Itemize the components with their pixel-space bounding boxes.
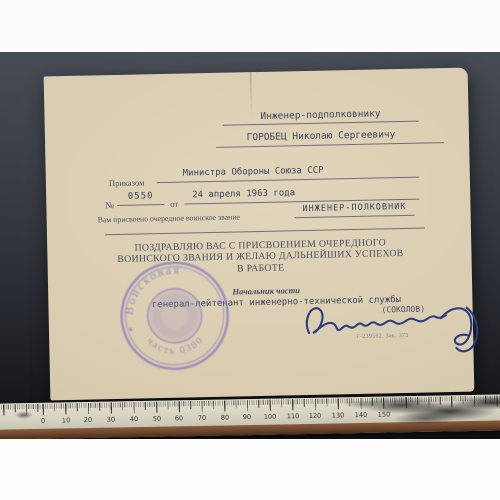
order-number: 0550: [128, 191, 154, 202]
order-label: Приказом: [109, 177, 145, 188]
ruler-number: 30: [107, 416, 115, 424]
ruler-number: 100: [264, 413, 277, 421]
photo-white-border-top: [0, 0, 500, 52]
ruler-number: 20: [84, 416, 92, 424]
ruler-number: 140: [355, 411, 368, 419]
ruler-number: 60: [175, 414, 183, 422]
ruler-maker-mark: [12, 410, 36, 420]
order-number-line: 0550: [117, 191, 164, 206]
ruler-number: 80: [221, 413, 229, 421]
ruler-number: 90: [243, 413, 251, 421]
photo-white-border-bottom: [0, 439, 500, 500]
new-rank-value: ИНЖЕНЕР-ПОЛКОВНИК: [302, 202, 406, 214]
ruler-number: 50: [153, 415, 161, 423]
ruler-number: 110: [287, 412, 300, 420]
addressee-rank: Инженер-подполковнику: [260, 108, 380, 122]
order-date: 24 апреля 1963 года: [192, 188, 295, 200]
addressee-name: ГОРОБЕЦ Николаю Сергеевичу: [247, 129, 396, 143]
signature-ink: [298, 287, 484, 361]
signature-stroke-main: [306, 305, 446, 333]
order-issuer-line: Министра Обороны Союза ССР: [157, 164, 419, 183]
ruler-number: 150: [378, 410, 391, 418]
addressee-rank-line: Инженер-подполковнику: [222, 108, 418, 126]
addressee-name-line: ГОРОБЕЦ Николаю Сергеевичу: [216, 128, 444, 148]
stamp-dot-left: [129, 327, 133, 331]
ruler-number: 130: [332, 411, 345, 419]
ruler-number: 40: [130, 415, 138, 423]
stamp-dot-right: [217, 300, 221, 304]
ruler-number: 10: [62, 416, 70, 424]
order-issuer: Министра Обороны Союза ССР: [183, 166, 324, 179]
certificate-paper: Инженер-подполковнику ГОРОБЕЦ Николаю Се…: [44, 68, 475, 401]
ruler-number: 120: [309, 412, 322, 420]
signature-stroke-flourish: [441, 308, 472, 345]
number-label: №: [105, 200, 114, 210]
ruler-number: 0: [41, 417, 45, 425]
photo-frame: Инженер-подполковнику ГОРОБЕЦ Николаю Се…: [0, 0, 500, 500]
new-rank-line: ИНЖЕНЕР-ПОЛКОВНИК: [294, 202, 414, 219]
ruler-number: 70: [198, 414, 206, 422]
from-label: от: [170, 199, 178, 209]
